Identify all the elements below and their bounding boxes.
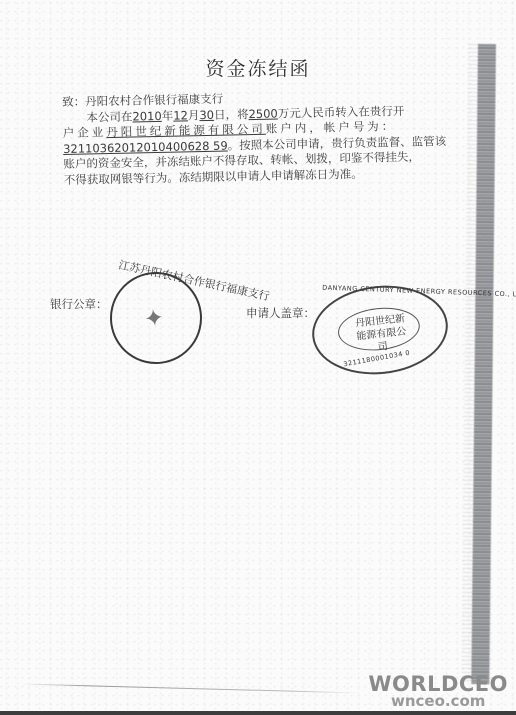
transfer-year: 2010 <box>132 108 162 123</box>
company-name: 丹阳世纪新能源有限公司 <box>106 122 266 139</box>
scan-edge-shadow <box>471 44 496 684</box>
document-title: 资金冻结函 <box>0 54 516 81</box>
company-seal: DANYANG CENTURY NEW ENERGY RESOURCES CO.… <box>308 279 452 381</box>
company-seal-inner-ring: 丹阳世纪新 能源有限公司 <box>336 304 422 354</box>
letter-body: 致：丹阳农村合作银行福康支行 本公司在2010年12月30日，将2500万元人民… <box>62 86 474 188</box>
bank-seal-label: 银行公章： <box>50 296 108 312</box>
watermark-logo: WORLDCEO wnceo.com <box>368 674 508 709</box>
transfer-amount: 2500 <box>248 106 278 121</box>
transfer-month: 12 <box>173 108 188 122</box>
bank-seal-text: 江苏丹阳农村合作银行福康支行 <box>117 256 271 304</box>
star-icon: ✦ <box>142 303 166 334</box>
transfer-day: 30 <box>199 107 214 121</box>
bank-seal: 江苏丹阳农村合作银行福康支行 ✦ <box>104 266 208 370</box>
scanned-document-page: 资金冻结函 致：丹阳农村合作银行福康支行 本公司在2010年12月30日，将25… <box>0 0 516 715</box>
account-number: 32110362012010400628 59 <box>63 138 228 155</box>
footer-bar <box>0 711 516 715</box>
applicant-seal-label: 申请人盖章： <box>246 305 315 321</box>
page-edge-line <box>20 684 360 694</box>
